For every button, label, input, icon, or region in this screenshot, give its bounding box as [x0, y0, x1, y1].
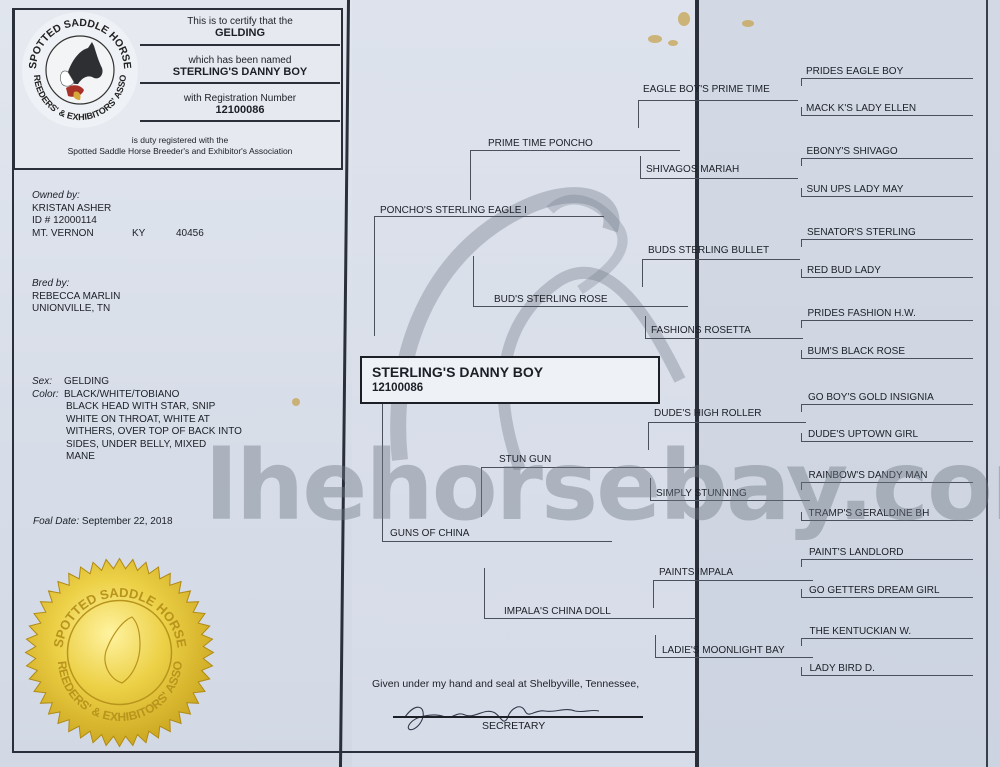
stain — [668, 40, 678, 46]
bracket-line — [801, 107, 802, 115]
pedigree-great-great-grandparent: LADY BIRD D. — [810, 663, 875, 674]
bracket-line — [801, 320, 802, 328]
bracket-line — [645, 338, 803, 339]
bracket-line — [801, 277, 973, 278]
frame-border — [12, 751, 697, 753]
foal-date-value: September 22, 2018 — [82, 516, 173, 527]
pedigree-great-great-grandparent: GO BOY'S GOLD INSIGNIA — [808, 392, 934, 403]
pedigree-great-great-grandparent: PRIDES FASHION H.W. — [808, 308, 916, 319]
certify-row: This is to certify that the GELDING — [140, 8, 340, 46]
pedigree-great-grandparent: SIMPLY STUNNING — [656, 488, 747, 499]
sex-label: Sex: — [32, 376, 64, 389]
bracket-line — [640, 156, 641, 178]
pedigree-great-great-grandparent: TRAMP'S GERALDINE BH — [809, 508, 930, 519]
bracket-line — [801, 512, 802, 520]
bracket-line — [801, 115, 973, 116]
pedigree-great-great-grandparent: PRIDES EAGLE BOY — [806, 66, 903, 77]
pedigree-great-great-grandparent: GO GETTERS DREAM GIRL — [809, 585, 940, 596]
owner-name: KRISTAN ASHER — [32, 203, 204, 216]
breeder-location: UNIONVILLE, TN — [32, 303, 120, 316]
frame-border — [986, 0, 988, 767]
bracket-line — [801, 188, 802, 196]
color-line: BLACK HEAD WITH STAR, SNIP — [32, 401, 242, 414]
bracket-line — [640, 178, 798, 179]
bracket-line — [801, 196, 973, 197]
breeder-name: REBECCA MARLIN — [32, 291, 120, 304]
pedigree-grandparent: IMPALA'S CHINA DOLL — [504, 606, 611, 617]
bracket-line — [801, 269, 802, 277]
bracket-line — [801, 482, 802, 490]
foal-label: Foal Date: — [33, 516, 79, 527]
named-label: which has been named — [140, 46, 340, 66]
bracket-line — [801, 404, 973, 405]
subject-name: STERLING'S DANNY BOY — [372, 364, 543, 380]
stain — [648, 35, 662, 43]
pedigree-grandparent: BUD'S STERLING ROSE — [494, 294, 608, 305]
registration-label: with Registration Number — [140, 84, 340, 104]
registration-row: with Registration Number 12100086 — [140, 84, 340, 122]
bracket-line — [801, 482, 973, 483]
bracket-line — [481, 467, 696, 468]
bracket-line — [801, 675, 973, 676]
pedigree-great-great-grandparent: EBONY'S SHIVAGO — [807, 146, 898, 157]
bracket-line — [801, 404, 802, 412]
pedigree-great-great-grandparent: RED BUD LADY — [807, 265, 881, 276]
pedigree-great-great-grandparent: SUN UPS LADY MAY — [807, 184, 904, 195]
bracket-line — [801, 320, 973, 321]
bracket-line — [801, 638, 802, 646]
association-logo: SPOTTED SADDLE HORSE BREEDERS' & EXHIBIT… — [22, 12, 138, 128]
bracket-line — [801, 239, 973, 240]
stain — [292, 398, 300, 406]
named-row: which has been named STERLING'S DANNY BO… — [140, 46, 340, 84]
bracket-line — [801, 597, 973, 598]
color-line: SIDES, UNDER BELLY, MIXED — [32, 439, 242, 452]
pedigree-great-great-grandparent: PAINT'S LANDLORD — [809, 547, 904, 558]
registered-with-line2: Spotted Saddle Horse Breeder's and Exhib… — [20, 146, 340, 157]
color-line: WITHERS, OVER TOP OF BACK INTO — [32, 426, 242, 439]
stain — [742, 20, 754, 27]
seal-starburst-icon: SPOTTED SADDLE HORSE BREEDERS' & EXHIBIT… — [22, 555, 217, 750]
bracket-line — [642, 259, 643, 287]
bracket-line — [481, 467, 482, 517]
sex-heading: GELDING — [140, 27, 340, 39]
horse-head-logo-icon: SPOTTED SADDLE HORSE BREEDERS' & EXHIBIT… — [22, 12, 138, 128]
bracket-line — [801, 350, 802, 358]
bracket-line — [374, 216, 375, 336]
pedigree-great-grandparent: EAGLE BOY'S PRIME TIME — [643, 84, 770, 95]
owner-zip: 40456 — [176, 228, 204, 241]
bracket-line — [648, 422, 806, 423]
pedigree-great-great-grandparent: SENATOR'S STERLING — [807, 227, 916, 238]
pedigree-great-grandparent: LADIE'S MOONLIGHT BAY — [662, 645, 785, 656]
bracket-line — [801, 239, 802, 247]
registered-with-line1: is duty registered with the — [20, 135, 340, 146]
pedigree-dam: GUNS OF CHINA — [390, 528, 469, 539]
pedigree-great-grandparent: FASHIONS ROSETTA — [651, 325, 751, 336]
color-line: BLACK/WHITE/TOBIANO — [64, 389, 179, 400]
pedigree-grandparent: STUN GUN — [499, 454, 551, 465]
pedigree-great-great-grandparent: RAINBOW'S DANDY MAN — [809, 470, 928, 481]
bracket-line — [801, 638, 973, 639]
bracket-line — [801, 441, 973, 442]
bracket-line — [801, 358, 973, 359]
bracket-line — [473, 306, 688, 307]
pedigree-great-grandparent: SHIVAGOS MARIAH — [646, 164, 739, 175]
subject-registration: 12100086 — [372, 382, 423, 394]
bracket-line — [655, 635, 656, 657]
bracket-line — [801, 520, 973, 521]
pedigree-great-great-grandparent: DUDE'S UPTOWN GIRL — [808, 429, 918, 440]
bracket-line — [648, 422, 649, 450]
certificate-fields: This is to certify that the GELDING whic… — [140, 8, 340, 122]
signature-line — [393, 716, 643, 718]
stain — [678, 12, 690, 26]
certify-label: This is to certify that the — [140, 8, 340, 27]
bracket-line — [801, 78, 802, 86]
bracket-line — [801, 433, 802, 441]
bracket-line — [655, 657, 813, 658]
pedigree-great-grandparent: BUDS STERLING BULLET — [648, 245, 769, 256]
bracket-line — [382, 541, 612, 542]
color-line: MANE — [32, 451, 242, 464]
bracket-line — [801, 78, 973, 79]
bracket-line — [374, 216, 604, 217]
pedigree-great-great-grandparent: BUM'S BLACK ROSE — [808, 346, 906, 357]
color-label: Color: — [32, 389, 64, 402]
horse-name: STERLING'S DANNY BOY — [140, 66, 340, 78]
bracket-line — [642, 259, 800, 260]
bracket-line — [650, 478, 651, 500]
description-section: Sex:GELDING Color:BLACK/WHITE/TOBIANO BL… — [32, 376, 242, 464]
pedigree-great-grandparent: DUDE'S HIGH ROLLER — [654, 408, 762, 419]
owner-location: MT. VERNONKY40456 — [32, 228, 204, 241]
breeder-label: Bred by: — [32, 278, 120, 291]
bracket-line — [470, 150, 680, 151]
bracket-line — [801, 158, 802, 166]
breeder-section: Bred by: REBECCA MARLIN UNIONVILLE, TN — [32, 278, 120, 316]
bracket-line — [484, 568, 485, 618]
sex-value: GELDING — [64, 376, 109, 387]
owner-section: Owned by: KRISTAN ASHER ID # 12000114 MT… — [32, 190, 204, 240]
secretary-title: SECRETARY — [482, 720, 545, 732]
bracket-line — [382, 404, 383, 542]
owner-id: ID # 12000114 — [32, 215, 204, 228]
owner-city: MT. VERNON — [32, 228, 132, 241]
bracket-line — [801, 559, 802, 567]
bracket-line — [653, 580, 654, 608]
bracket-line — [801, 158, 973, 159]
bracket-line — [801, 667, 802, 675]
bracket-line — [801, 589, 802, 597]
bracket-line — [484, 618, 696, 619]
given-statement: Given under my hand and seal at Shelbyvi… — [372, 678, 639, 690]
owner-label: Owned by: — [32, 190, 204, 203]
pedigree-great-great-grandparent: MACK K'S LADY ELLEN — [806, 103, 916, 114]
registered-with: is duty registered with the Spotted Sadd… — [20, 135, 340, 157]
gold-seal: SPOTTED SADDLE HORSE BREEDERS' & EXHIBIT… — [22, 555, 217, 750]
owner-state: KY — [132, 228, 176, 241]
pedigree-grandparent: PRIME TIME PONCHO — [488, 138, 593, 149]
bracket-line — [638, 100, 639, 128]
pedigree-great-great-grandparent: THE KENTUCKIAN W. — [810, 626, 912, 637]
bracket-line — [645, 316, 646, 338]
color-line: WHITE ON THROAT, WHITE AT — [32, 414, 242, 427]
pedigree-sire: PONCHO'S STERLING EAGLE I — [380, 205, 527, 216]
bracket-line — [801, 559, 973, 560]
bracket-line — [638, 100, 798, 101]
bracket-line — [470, 150, 471, 200]
bracket-line — [473, 256, 474, 306]
bracket-line — [653, 580, 813, 581]
bracket-line — [650, 500, 810, 501]
registration-number: 12100086 — [140, 104, 340, 116]
pedigree-great-grandparent: PAINTS IMPALA — [659, 567, 733, 578]
subject-horse-box: STERLING'S DANNY BOY 12100086 — [360, 356, 660, 404]
foal-date: Foal Date: September 22, 2018 — [33, 516, 173, 527]
